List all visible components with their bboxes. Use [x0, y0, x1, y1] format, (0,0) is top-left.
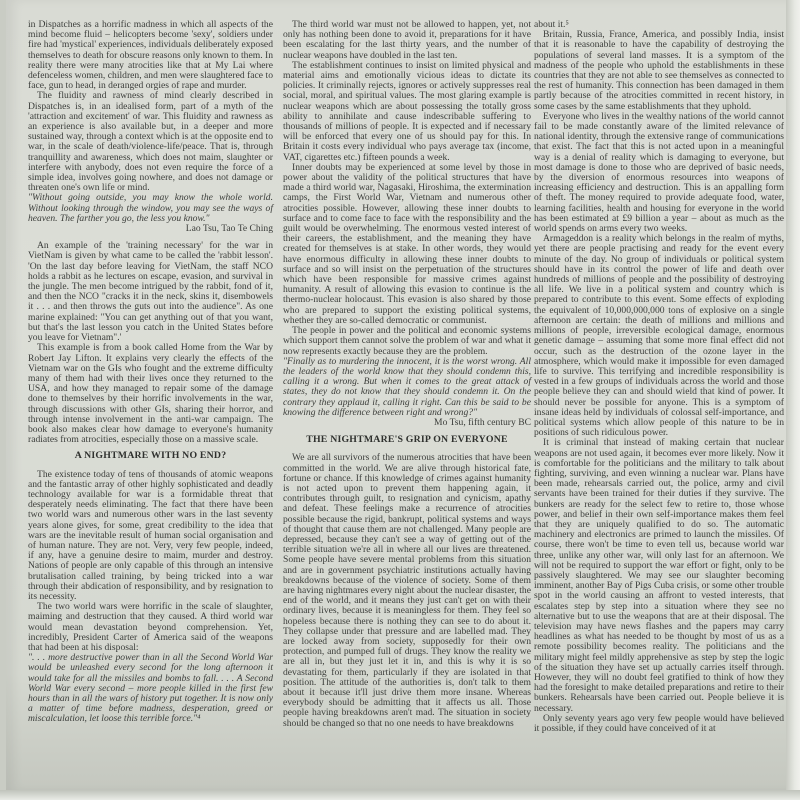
- paragraph: Inner doubts may be experienced at some …: [283, 163, 531, 326]
- paragraph: Armageddon is a reality which belongs in…: [534, 234, 784, 438]
- paragraph: An example of the 'training necessary' f…: [28, 241, 273, 343]
- paragraph: Britain, Russia, France, America, and po…: [534, 30, 784, 112]
- block-quote: "Without going outside, you may know the…: [28, 193, 273, 224]
- page-bottom-edge: [0, 790, 800, 800]
- paragraph: It is criminal that instead of making ce…: [534, 438, 784, 713]
- paragraph: The two world wars were horrific in the …: [28, 602, 273, 653]
- paragraph: The third world war must not be allowed …: [283, 20, 531, 61]
- paragraph: Only seventy years ago very few people w…: [534, 714, 784, 734]
- section-heading: THE NIGHTMARE'S GRIP ON EVERYONE: [283, 435, 531, 445]
- paragraph: This example is from a book called Home …: [28, 343, 273, 445]
- page-edge-shadow: [786, 0, 800, 800]
- block-quote: "Finally as to murdering the innocent, i…: [283, 357, 531, 418]
- paragraph: The existence today of tens of thousands…: [28, 470, 273, 603]
- text-column-middle: The third world war must not be allowed …: [283, 20, 531, 729]
- section-heading: A NIGHTMARE WITH NO END?: [28, 451, 273, 461]
- paragraph: We are all survivors of the numerous atr…: [283, 453, 531, 728]
- paragraph: The establishment continues to insist on…: [283, 61, 531, 163]
- document-page: in Dispatches as a horrific madness in w…: [6, 0, 800, 792]
- paragraph: in Dispatches as a horrific madness in w…: [28, 20, 273, 91]
- quote-attribution: Lao Tsu, Tao Te Ching: [28, 224, 273, 234]
- quote-attribution: Mo Tsu, fifth century BC: [283, 418, 531, 428]
- paragraph: The people in power and the political an…: [283, 326, 531, 357]
- text-column-right: about it.⁵ Britain, Russia, France, Amer…: [534, 20, 784, 734]
- paragraph: The fluidity and rawness of mind clearly…: [28, 91, 273, 193]
- paragraph: Everyone who lives in the wealthy nation…: [534, 112, 784, 234]
- block-quote: ". . . more destructive power than in al…: [28, 653, 273, 724]
- text-column-left: in Dispatches as a horrific madness in w…: [28, 20, 273, 725]
